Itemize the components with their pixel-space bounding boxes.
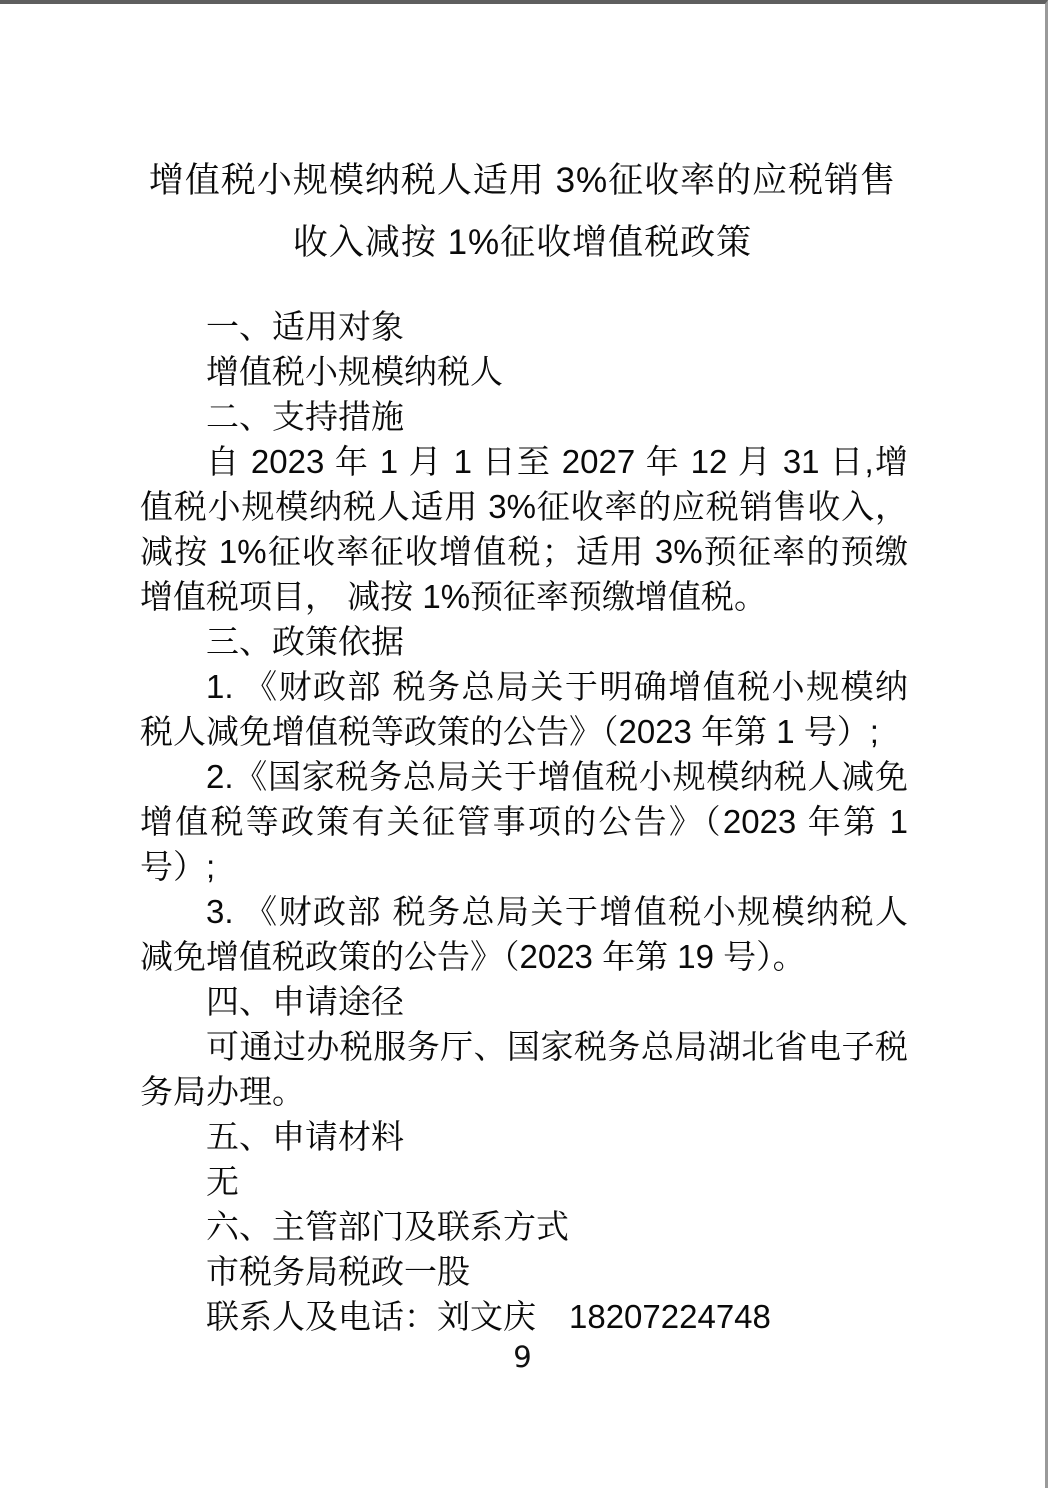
paragraph-department: 市税务局税政一股 [140,1249,908,1294]
section-heading-4: 四、申请途径 [140,979,908,1024]
paragraph-applicable-target: 增值税小规模纳税人 [140,349,908,394]
paragraph-support-measures: 自 2023 年 1 月 1 日至 2027 年 12 月 31 日,增值税小规… [140,439,908,619]
section-heading-5: 五、申请材料 [140,1114,908,1159]
document-title: 增值税小规模纳税人适用 3%征收率的应税销售 收入减按 1%征收增值税政策 [90,150,955,274]
section-heading-2: 二、支持措施 [140,394,908,439]
paragraph-contact: 联系人及电话：刘文庆 18207224748 [140,1294,908,1339]
document-title-line-1: 增值税小规模纳税人适用 3%征收率的应税销售 [90,150,955,212]
section-heading-6: 六、主管部门及联系方式 [140,1204,908,1249]
paragraph-application-channel: 可通过办税服务厅、国家税务总局湖北省电子税务局办理。 [140,1024,908,1114]
paragraph-application-materials: 无 [140,1159,908,1204]
section-heading-1: 一、适用对象 [140,304,908,349]
paragraph-policy-basis-2: 2.《国家税务总局关于增值税小规模纳税人减免增值税等政策有关征管事项的公告》（2… [140,754,908,889]
paragraph-policy-basis-3: 3. 《财政部 税务总局关于增值税小规模纳税人减免增值税政策的公告》（2023 … [140,889,908,979]
section-heading-3: 三、政策依据 [140,619,908,664]
page-number: 9 [0,1340,1045,1374]
document-page: 增值税小规模纳税人适用 3%征收率的应税销售 收入减按 1%征收增值税政策 一、… [0,0,1048,1488]
paragraph-policy-basis-1: 1. 《财政部 税务总局关于明确增值税小规模纳税人减免增值税等政策的公告》（20… [140,664,908,754]
document-title-line-2: 收入减按 1%征收增值税政策 [90,212,955,274]
document-body: 一、适用对象 增值税小规模纳税人 二、支持措施 自 2023 年 1 月 1 日… [140,304,908,1339]
